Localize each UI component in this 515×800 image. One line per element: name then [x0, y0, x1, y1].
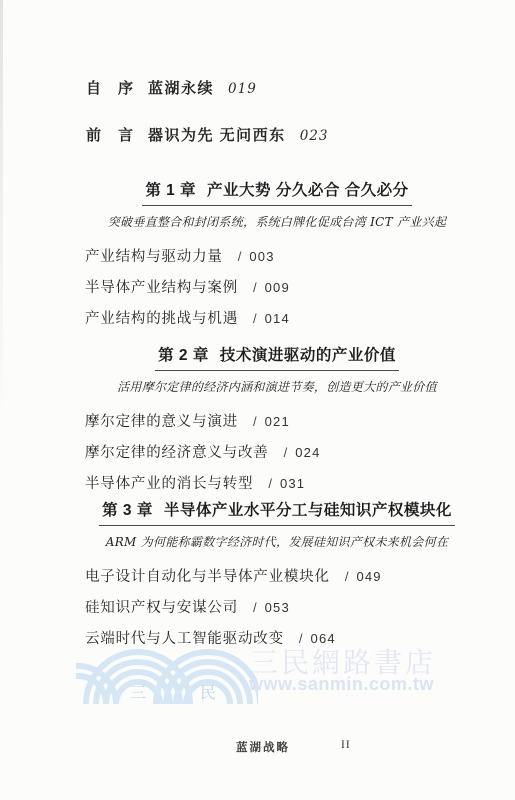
toc-item-title: 半导体产业结构与案例 [85, 276, 238, 297]
toc-separator: / [238, 249, 242, 264]
toc-item-title: 摩尔定律的意义与演进 [85, 410, 238, 431]
chapter-2-block: 第 2 章技术演进驱动的产业价值 活用摩尔定律的经济内涵和演进节奏，创造更大的产… [85, 343, 469, 503]
toc-page-number: 021 [265, 414, 290, 429]
toc-page-number: 009 [265, 280, 290, 295]
toc-page-number: 024 [295, 445, 320, 460]
toc-page-number: 049 [356, 569, 381, 584]
toc-item-title: 半导体产业的消长与转型 [85, 472, 253, 493]
scan-edge-artifact [0, 0, 3, 420]
front-matter-title: 器识为先 无问西东 [148, 124, 286, 145]
toc-item-title: 摩尔定律的经济意义与改善 [85, 441, 269, 462]
toc-separator: / [345, 569, 349, 584]
toc-page-number: 014 [265, 311, 290, 326]
toc-item: 产业结构与驱动力量 / 003 [85, 245, 469, 266]
toc-item: 云端时代与人工智能驱动改变 / 064 [85, 627, 469, 648]
front-matter-page-number: 023 [300, 128, 329, 144]
footer-page-number: II [341, 739, 351, 751]
toc-separator: / [284, 445, 288, 460]
toc-item: 摩尔定律的经济意义与改善 / 024 [85, 441, 469, 462]
chapter-1-heading: 第 1 章产业大势 分久必合 合久必分 [142, 178, 411, 206]
toc-page-number: 031 [280, 476, 305, 491]
logo-char-min: 民 [200, 684, 216, 702]
chapter-3-heading: 第 3 章半导体产业水平分工与硅知识产权模块化 [99, 498, 455, 526]
toc-item: 摩尔定律的意义与演进 / 021 [85, 410, 469, 431]
toc-item-title: 硅知识产权与安谋公司 [85, 596, 238, 617]
front-matter-title: 蓝湖永续 [148, 77, 214, 98]
toc-separator: / [253, 414, 257, 429]
watermark-url: www.sanmin.com.tw [249, 674, 434, 695]
chapter-number: 第 1 章 [145, 182, 196, 199]
toc-page-number: 064 [311, 631, 336, 646]
toc-item-title: 云端时代与人工智能驱动改变 [85, 627, 284, 648]
toc-item: 半导体产业结构与案例 / 009 [85, 276, 469, 297]
chapter-title: 技术演进驱动的产业价值 [220, 347, 396, 364]
chapter-1-subtitle: 突破垂直整合和封闭系统，系统白牌化促成台湾 ICT 产业兴起 [85, 213, 469, 230]
front-matter-label: 自 序 [86, 77, 134, 98]
toc-page-number: 003 [249, 249, 274, 264]
toc-page-number: 053 [265, 600, 290, 615]
chapter-1-block: 第 1 章产业大势 分久必合 合久必分 突破垂直整合和封闭系统，系统白牌化促成台… [85, 178, 469, 338]
chapter-number: 第 3 章 [102, 502, 153, 519]
front-matter-label: 前 言 [86, 124, 134, 145]
chapter-title: 半导体产业水平分工与硅知识产权模块化 [164, 502, 452, 519]
toc-separator: / [268, 476, 272, 491]
toc-separator: / [253, 600, 257, 615]
toc-separator: / [253, 311, 257, 326]
toc-item: 电子设计自动化与半导体产业模块化 / 049 [85, 565, 469, 586]
chapter-2-heading: 第 2 章技术演进驱动的产业价值 [155, 343, 399, 371]
book-toc-page: 自 序 蓝湖永续 019 前 言 器识为先 无问西东 023 第 1 章产业大势… [0, 0, 515, 800]
chapter-2-subtitle: 活用摩尔定律的经济内涵和演进节奏，创造更大的产业价值 [85, 378, 469, 395]
front-matter-preface: 自 序 蓝湖永续 019 [86, 77, 257, 98]
toc-item-title: 电子设计自动化与半导体产业模块化 [85, 565, 330, 586]
toc-item: 产业结构的挑战与机遇 / 014 [85, 307, 469, 328]
toc-item: 半导体产业的消长与转型 / 031 [85, 472, 469, 493]
chapter-number: 第 2 章 [158, 347, 209, 364]
toc-item-title: 产业结构与驱动力量 [85, 245, 223, 266]
footer-book-title: 蓝湖战略 [236, 739, 290, 755]
toc-item-title: 产业结构的挑战与机遇 [85, 307, 238, 328]
chapter-3-subtitle: ARM 为何能称霸数字经济时代，发展硅知识产权未来机会何在 [85, 533, 469, 550]
toc-item: 硅知识产权与安谋公司 / 053 [85, 596, 469, 617]
chapter-title: 产业大势 分久必合 合久必分 [207, 182, 409, 199]
front-matter-foreword: 前 言 器识为先 无问西东 023 [86, 124, 328, 145]
chapter-3-block: 第 3 章半导体产业水平分工与硅知识产权模块化 ARM 为何能称霸数字经济时代，… [85, 498, 469, 658]
logo-char-san: 三 [130, 684, 146, 702]
toc-separator: / [299, 631, 303, 646]
toc-separator: / [253, 280, 257, 295]
front-matter-page-number: 019 [228, 81, 257, 97]
